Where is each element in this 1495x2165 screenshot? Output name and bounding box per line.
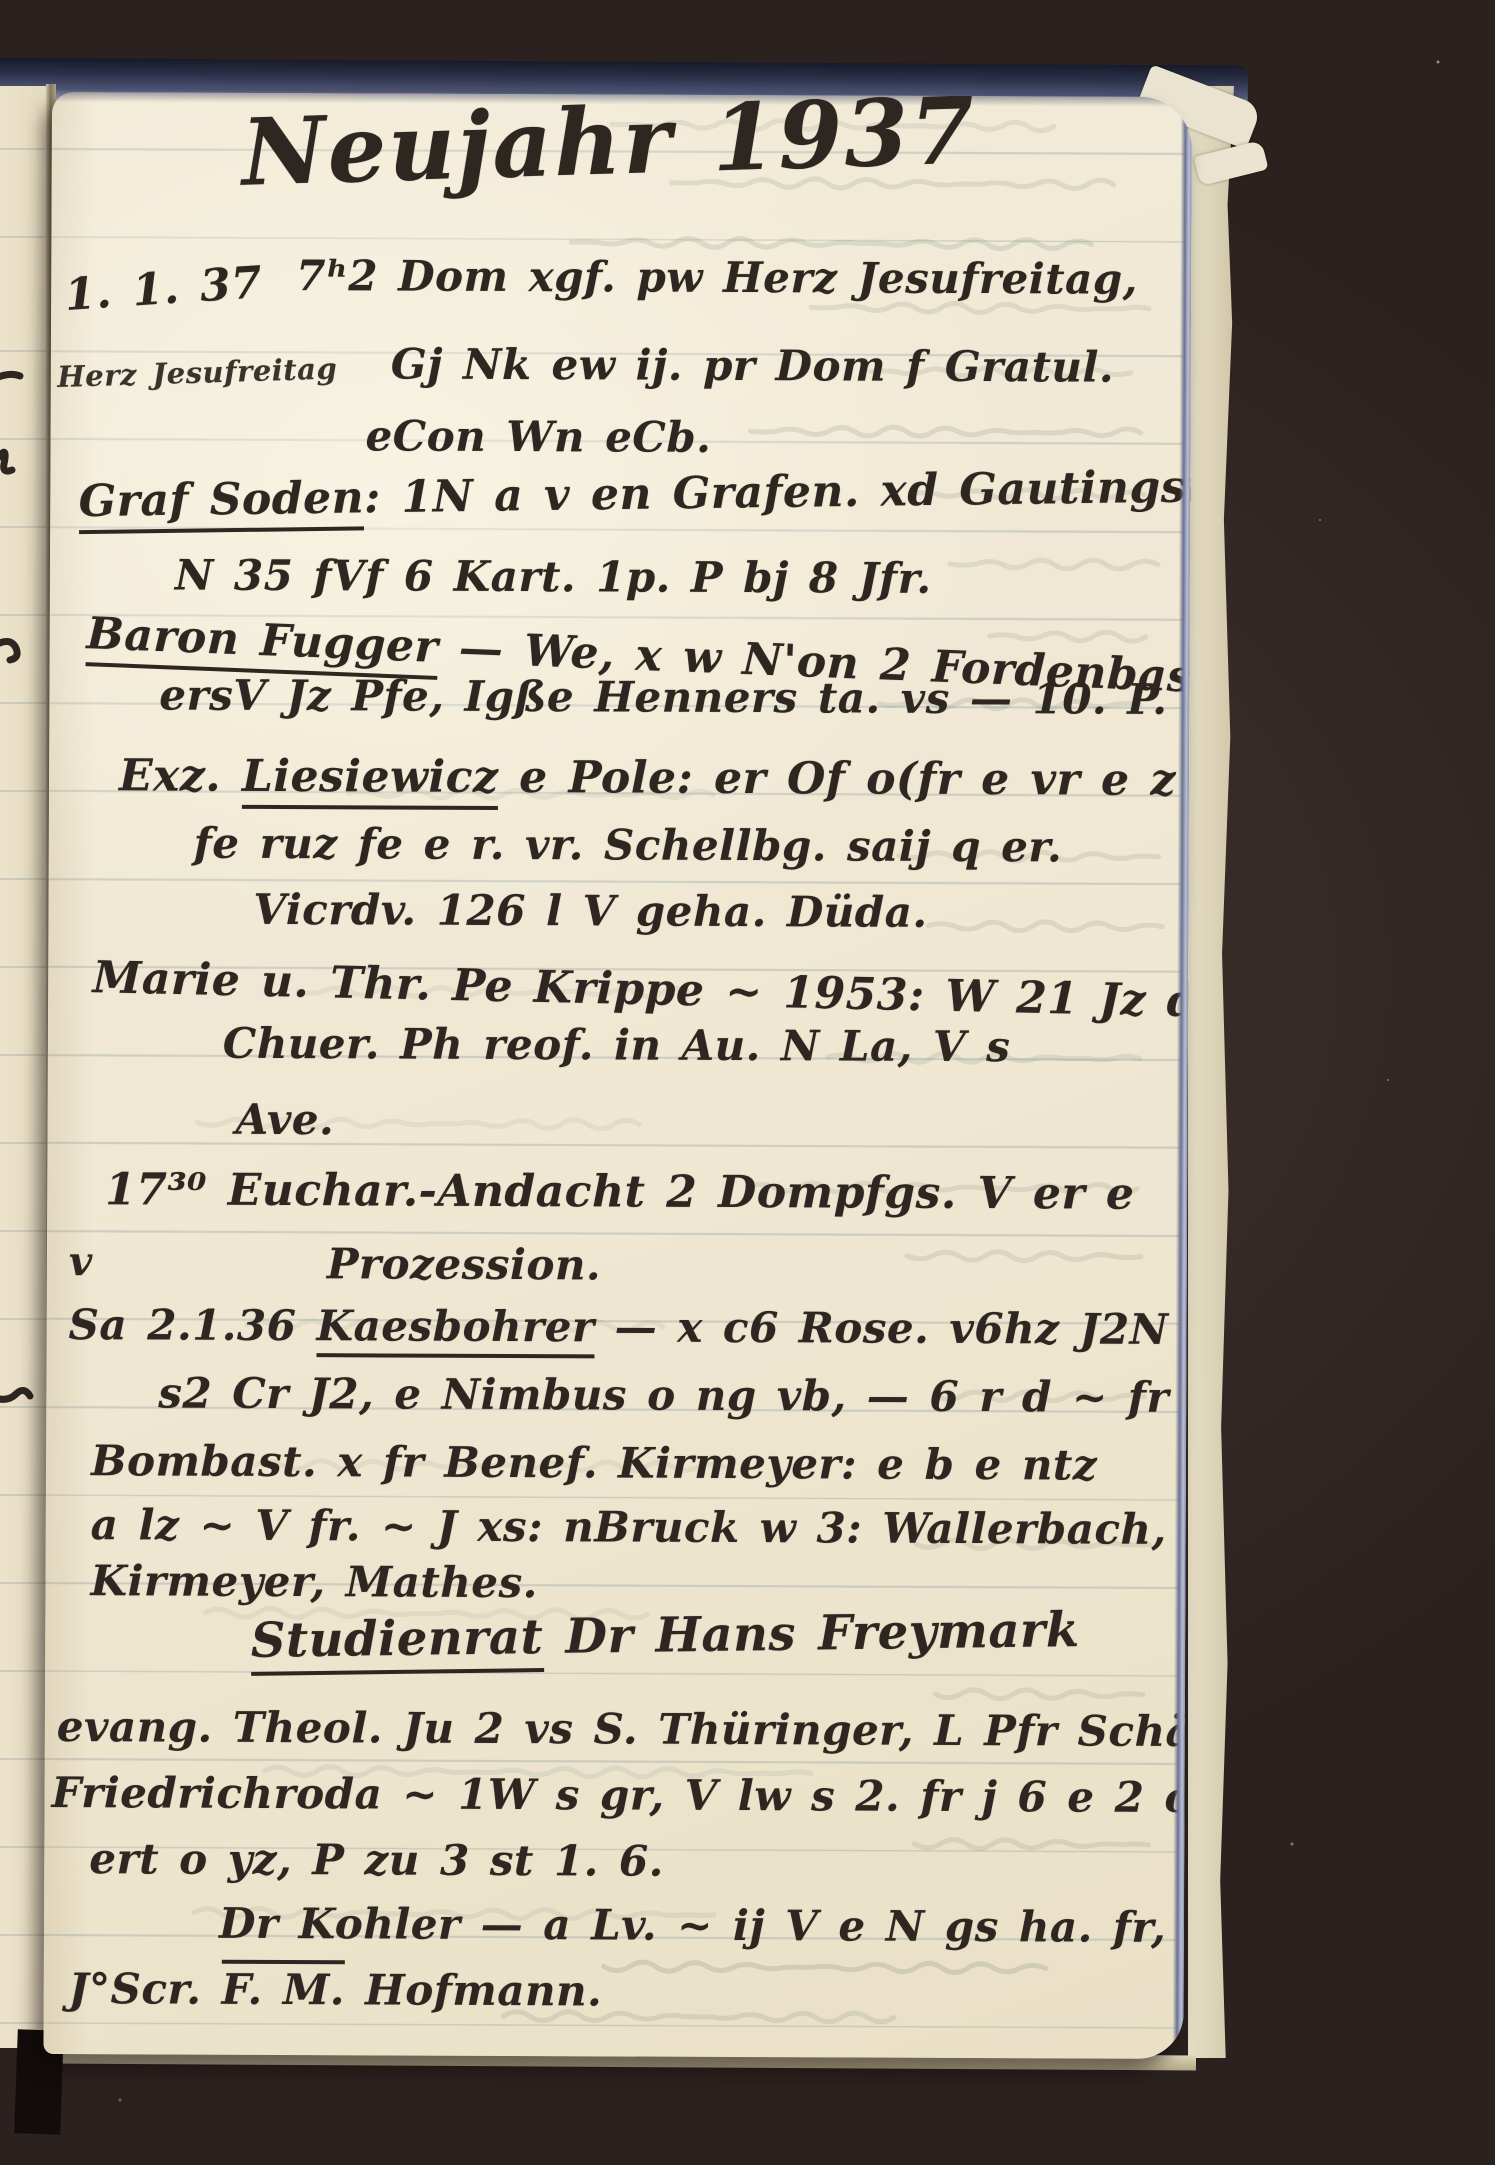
page-title: Neujahr 1937 <box>240 92 978 207</box>
handwriting-line: Gj Nk ew ij. pr Dom f Gratul. <box>391 339 1114 391</box>
handwriting-line: Kirmeyer, Mathes. <box>90 1556 538 1607</box>
handwriting-line: J°Scr. F. M. Hofmann. <box>69 1964 603 2015</box>
margin-checkmark: v <box>69 1238 93 1285</box>
handwriting-line: Friedrichroda ~ 1W s gr, V lw s 2. fr j … <box>51 1768 1192 1823</box>
diary-page: Neujahr 1937 1. 1. 37 Herz Jesufreitag v… <box>43 92 1192 2059</box>
handwriting-line: Marie u. Thr. Pe Krippe ~ 1953: W 21 Jz … <box>92 952 1192 1028</box>
handwriting-line: N 35 fVf 6 Kart. 1p. P bj 8 Jfr. <box>175 551 932 603</box>
handwriting-line: Bombast. x fr Benef. Kirmeyer: e b e ntz <box>91 1436 1097 1489</box>
handwriting-line: Dr Kohler — a Lv. ~ ij V e N gs ha. fr, <box>219 1899 1166 1952</box>
photographed-diary-scan: Neujahr 1937 1. 1. 37 Herz Jesufreitag v… <box>0 0 1495 2165</box>
handwriting-line: s2 Cr J2, e Nimbus o ng vb, — 6 r d ~ fr… <box>158 1368 1192 1422</box>
handwriting-line: Exz. Liesiewicz e Pole: er Of o(fr e vr … <box>119 750 1176 806</box>
margin-note-herz-jesu-freitag: Herz Jesufreitag <box>57 351 338 394</box>
margin-date: 1. 1. 37 <box>63 257 264 321</box>
handwriting-line: Prozession. <box>327 1239 601 1289</box>
handwriting-line: Vicrdv. 126 l V geha. Düda. <box>253 885 927 937</box>
handwriting-line: eCon Wn eCb. <box>365 411 711 462</box>
handwriting-line: ert o yz, P zu 3 st 1. 6. <box>89 1834 664 1886</box>
handwriting-line: Ave. <box>235 1095 334 1144</box>
handwriting-line: evang. Theol. Ju 2 vs S. Thüringer, L Pf… <box>57 1702 1192 1756</box>
cut-off-ink-marks <box>0 86 46 2048</box>
handwriting-line: 17³⁰ Euchar.-Andacht 2 Dompfgs. V er e <box>105 1164 1134 1219</box>
handwriting-line: Graf Soden: 1N a v en Grafen. xd Gauting… <box>78 460 1192 527</box>
facing-page-sliver <box>0 86 46 2048</box>
handwriting-line: 7ʰ2 Dom xgf. pw Herz Jesufreitag, <box>296 251 1138 304</box>
handwriting-line: Studienrat Dr Hans Freymark <box>250 1602 1080 1669</box>
handwriting-line: a lz ~ V fr. ~ J xs: nBruck w 3: Wallerb… <box>91 1500 1167 1554</box>
underlying-page-edge <box>1188 86 1234 2058</box>
handwriting-line: Chuer. Ph reof. in Au. N La, V s <box>223 1019 1011 1071</box>
handwriting-line: Sa 2.1.36 Kaesbohrer — x c6 Rose. v6hz J… <box>69 1300 1192 1354</box>
handwriting-line: ersV Jz Pfe, Igße Henners ta. vs — 10. P… <box>159 670 1167 723</box>
handwriting-line: fe ruz fe e r. vr. Schellbg. saij q er. <box>194 819 1063 872</box>
